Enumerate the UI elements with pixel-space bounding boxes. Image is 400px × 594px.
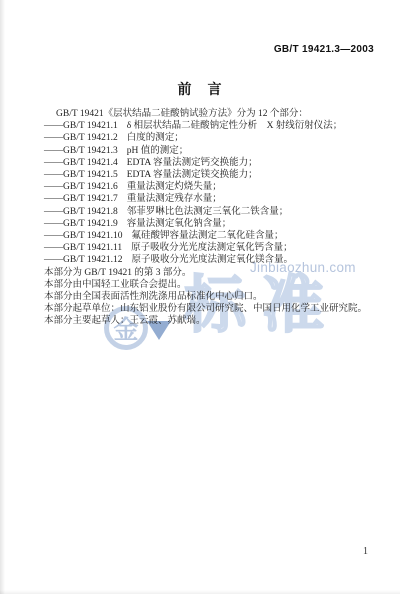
part-row: ——GB/T 19421.9 容量法测定氧化钠含量； bbox=[44, 218, 374, 230]
scan-edge bbox=[0, 590, 400, 594]
part-desc: pH 值的测定； bbox=[127, 145, 189, 157]
part-code: ——GB/T 19421.4 bbox=[44, 157, 118, 169]
standard-code: GB/T 19421.3—2003 bbox=[274, 44, 374, 55]
part-code: ——GB/T 19421.6 bbox=[44, 181, 118, 193]
part-code: ——GB/T 19421.1 bbox=[44, 120, 118, 132]
part-row: ——GB/T 19421.2 白度的测定； bbox=[44, 132, 374, 144]
paragraph: 本部分由全国表面活性剂洗涤用品标准化中心归口。 bbox=[44, 291, 374, 303]
page-number: 1 bbox=[363, 546, 368, 557]
part-row: ——GB/T 19421.3 pH 值的测定； bbox=[44, 145, 374, 157]
part-row: ——GB/T 19421.4 EDTA 容量法测定钙交换能力； bbox=[44, 157, 374, 169]
part-code: ——GB/T 19421.10 bbox=[44, 230, 122, 242]
part-row: ——GB/T 19421.10 氟硅酸钾容量法测定二氧化硅含量； bbox=[44, 230, 374, 242]
part-desc: δ 相层状结晶二硅酸钠定性分析 X 射线衍射仪法； bbox=[127, 120, 343, 132]
part-row: ——GB/T 19421.5 EDTA 容量法测定镁交换能力； bbox=[44, 169, 374, 181]
part-desc: 原子吸收分光光度法测定氧化镁含量。 bbox=[131, 254, 293, 266]
paragraph: 本部分主要起草人：王云霞、苏献瑞。 bbox=[44, 315, 374, 327]
part-desc: EDTA 容量法测定钙交换能力； bbox=[127, 157, 258, 169]
part-code: ——GB/T 19421.12 bbox=[44, 254, 122, 266]
part-code: ——GB/T 19421.8 bbox=[44, 206, 118, 218]
body-text: GB/T 19421《层状结晶二硅酸钠试验方法》分为 12 个部分： ——GB/… bbox=[44, 108, 374, 328]
foreword-paragraphs: 本部分为 GB/T 19421 的第 3 部分。 本部分由中国轻工业联合会提出。… bbox=[44, 267, 374, 328]
part-row: ——GB/T 19421.12 原子吸收分光光度法测定氧化镁含量。 bbox=[44, 254, 374, 266]
part-desc: 氟硅酸钾容量法测定二氧化硅含量； bbox=[131, 230, 283, 242]
paragraph: 本部分起草单位：山东铝业股份有限公司研究院、中国日用化学工业研究院。 bbox=[44, 303, 374, 315]
part-desc: EDTA 容量法测定镁交换能力； bbox=[127, 169, 258, 181]
part-desc: 原子吸收分光光度法测定氧化钙含量； bbox=[131, 242, 293, 254]
part-code: ——GB/T 19421.5 bbox=[44, 169, 118, 181]
part-code: ——GB/T 19421.11 bbox=[44, 242, 122, 254]
part-code: ——GB/T 19421.3 bbox=[44, 145, 118, 157]
part-code: ——GB/T 19421.9 bbox=[44, 218, 118, 230]
part-row: ——GB/T 19421.7 重量法测定残存水量； bbox=[44, 193, 374, 205]
paragraph: 本部分由中国轻工业联合会提出。 bbox=[44, 279, 374, 291]
part-row: ——GB/T 19421.8 邻菲罗啉比色法测定三氧化二铁含量； bbox=[44, 206, 374, 218]
part-desc: 白度的测定； bbox=[127, 132, 184, 144]
page-title: 前 言 bbox=[0, 79, 400, 99]
part-row: ——GB/T 19421.11 原子吸收分光光度法测定氧化钙含量； bbox=[44, 242, 374, 254]
part-row: ——GB/T 19421.6 重量法测定灼烧失量； bbox=[44, 181, 374, 193]
parts-list: ——GB/T 19421.1 δ 相层状结晶二硅酸钠定性分析 X 射线衍射仪法；… bbox=[44, 120, 374, 266]
document-page: Jinbiaozhun.com 标准 金 GB/T 19421.3—2003 前… bbox=[0, 0, 400, 594]
part-desc: 容量法测定氧化钠含量； bbox=[127, 218, 232, 230]
part-row: ——GB/T 19421.1 δ 相层状结晶二硅酸钠定性分析 X 射线衍射仪法； bbox=[44, 120, 374, 132]
part-code: ——GB/T 19421.7 bbox=[44, 193, 118, 205]
part-desc: 重量法测定残存水量； bbox=[127, 193, 222, 205]
part-desc: 邻菲罗啉比色法测定三氧化二铁含量； bbox=[127, 206, 289, 218]
part-code: ——GB/T 19421.2 bbox=[44, 132, 118, 144]
part-desc: 重量法测定灼烧失量； bbox=[127, 181, 222, 193]
paragraph: 本部分为 GB/T 19421 的第 3 部分。 bbox=[44, 267, 374, 279]
intro-line: GB/T 19421《层状结晶二硅酸钠试验方法》分为 12 个部分： bbox=[44, 108, 374, 120]
